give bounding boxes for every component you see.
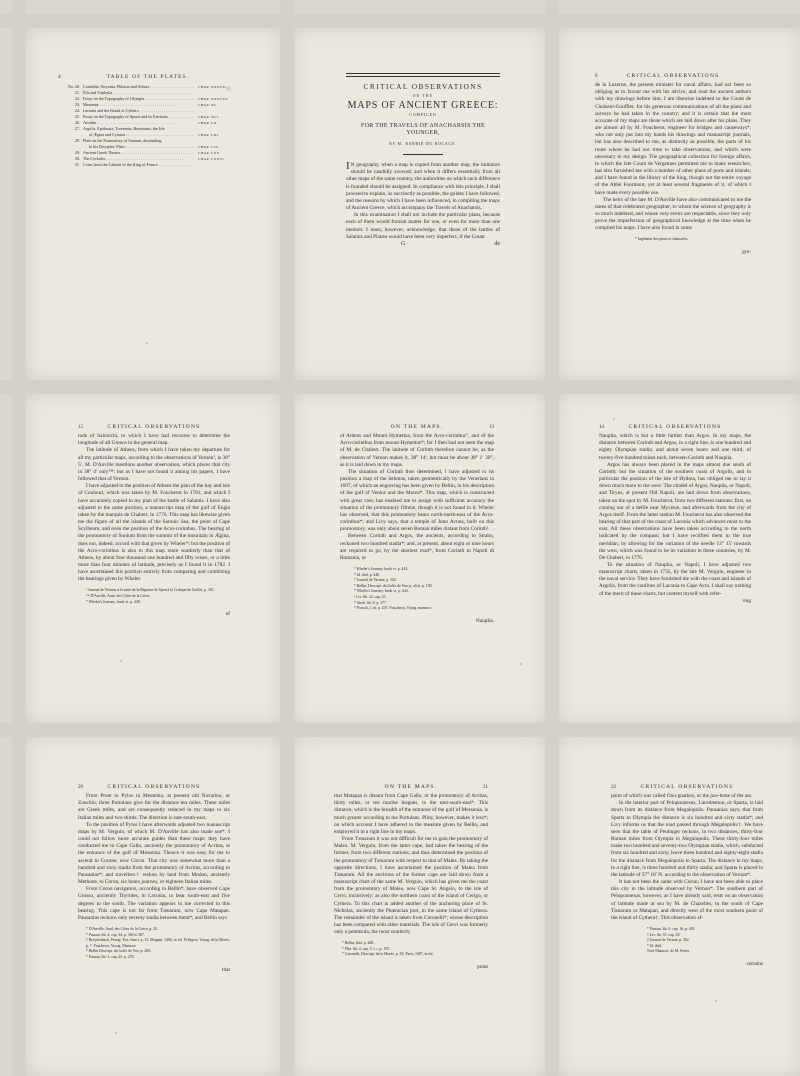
paragraph: The situation of Corinth thus determined… — [340, 469, 494, 533]
catchword: gro- — [595, 249, 751, 256]
drop-cap: I — [346, 162, 350, 171]
gutter-row-2 — [0, 723, 800, 737]
page-22: 22 CRITICAL OBSERVATIONS point of which … — [559, 737, 800, 1076]
page-number: 22 — [611, 784, 619, 791]
paragraph: In this examination I shall not include … — [346, 212, 500, 241]
title-block: CRITICAL OBSERVATIONS ON THE MAPS OF ANC… — [346, 73, 500, 155]
catchword: point — [334, 964, 488, 971]
title-line-1: CRITICAL OBSERVATIONS — [346, 83, 500, 90]
page-heading: ON THE MAPS. — [348, 424, 486, 431]
footnotes: * Pausan. lib. 6. cap. 16. p. 491. † Liv… — [611, 927, 763, 955]
footnotes: ¹ Journal de Vernon, à la suite de la Ré… — [78, 588, 230, 605]
document-page-grid: 4 TABLE OF THE PLATES. No. 20.Corinthia,… — [0, 0, 800, 1076]
running-head: ON THE MAPS. 21 — [334, 784, 488, 791]
running-head: 14 CRITICAL OBSERVATIONS — [599, 424, 751, 431]
catchword: of — [78, 611, 230, 618]
signature-mark: G — [401, 241, 405, 248]
page-13: ON THE MAPS. 13 of Athens and Mount Hyme… — [294, 394, 545, 723]
page-number: 12 — [78, 424, 86, 431]
page-number: 21 — [480, 784, 488, 791]
gutter-left — [12, 0, 26, 1076]
page-number: 13 — [486, 424, 494, 431]
page-12: 12 CRITICAL OBSERVATIONS tude of Salonic… — [26, 394, 280, 723]
page-14: 14 CRITICAL OBSERVATIONS Nauplia, which … — [559, 394, 800, 723]
gutter-top — [0, 14, 800, 28]
page-6: 6 CRITICAL OBSERVATIONS de la Luzerne, t… — [559, 28, 800, 380]
gutter-col-2 — [545, 0, 559, 1076]
paragraph: of Athens and Mount Hymettus, from the A… — [340, 433, 494, 469]
page-heading: CRITICAL OBSERVATIONS — [86, 424, 222, 431]
paragraph: In the interior part of Peloponnesus, La… — [611, 800, 763, 879]
catchword: de — [494, 241, 500, 248]
gutter-col-1 — [280, 0, 294, 1076]
paragraph: tude of Salonichi, to which I have had r… — [78, 433, 230, 447]
catchword: Nauplia, — [340, 618, 494, 625]
title-line-5: FOR THE TRAVELS OF ANACHARSIS THE YOUNGE… — [346, 123, 500, 137]
paragraph: IN geography, when a map is copied from … — [346, 162, 500, 212]
paragraph: From Coron navigators, according to Bell… — [78, 886, 230, 922]
page-heading: CRITICAL OBSERVATIONS — [86, 784, 222, 791]
plate-row: 31.Coins from the Cabinet of the King of… — [58, 162, 234, 168]
paragraph: From Prote to Pylos in Messenia, at pres… — [78, 793, 230, 822]
page-heading: CRITICAL OBSERVATIONS — [603, 73, 743, 80]
paragraph: that Matapan is distant from Cape Gallo,… — [334, 793, 488, 836]
page-heading: TABLE OF THE PLATES. — [62, 74, 234, 81]
title-line-3: MAPS OF ANCIENT GREECE: — [346, 102, 500, 109]
paragraph: Nauplia, which is but a little farther t… — [599, 433, 751, 462]
footnotes: ° Wheler's Journey, book vi. p. 443. * I… — [340, 567, 494, 612]
page-20: 20 CRITICAL OBSERVATIONS From Prote to P… — [26, 737, 280, 1076]
page-heading: CRITICAL OBSERVATIONS — [619, 784, 755, 791]
running-head: 6 CRITICAL OBSERVATIONS — [595, 73, 751, 80]
paragraph: I have adjusted to the position of Athen… — [78, 483, 230, 583]
page-table-of-plates: 4 TABLE OF THE PLATES. No. 20.Corinthia,… — [26, 28, 280, 380]
page-title: CRITICAL OBSERVATIONS ON THE MAPS OF ANC… — [294, 28, 545, 380]
title-line-2: ON THE — [346, 93, 500, 100]
title-line-4: COMPILED — [346, 112, 500, 119]
author-line: BY M. BARBIÉ DU BOCAGE. — [346, 141, 500, 148]
paragraph: To the situation of Nauplia, or Napoli, … — [599, 562, 751, 598]
paragraph: The latitude of Athens, from which I hav… — [78, 447, 230, 483]
paragraph: It has not been the same with Coron; I h… — [611, 879, 763, 922]
footnotes: * D'Anville, Anal. des Côtes de la Grèce… — [78, 927, 230, 961]
paragraph: Argos has always been placed in the maps… — [599, 462, 751, 562]
page-number: 14 — [599, 424, 607, 431]
footnotes: * Ingénieur des ponts et chaussées. — [595, 237, 751, 243]
page-number: 6 — [595, 73, 603, 80]
catchword: that — [78, 967, 230, 974]
plates-list: No. 20.Corinthia, Sicyonia, Phliasia and… — [58, 84, 234, 168]
paragraph: Between Corinth and Argos, the ancients,… — [340, 533, 494, 562]
catchword: ring — [599, 598, 751, 605]
signature-line: G de — [346, 241, 500, 248]
running-head: 22 CRITICAL OBSERVATIONS — [611, 784, 763, 791]
footnotes: * Bellin, ibid. p. 200. * Plin. lib. 4. … — [334, 941, 488, 958]
running-head: 4 TABLE OF THE PLATES. — [58, 74, 234, 81]
short-rule — [403, 154, 443, 155]
page-heading: ON THE MAPS. — [342, 784, 480, 791]
page-heading: CRITICAL OBSERVATIONS — [607, 424, 743, 431]
paragraph: To the position of Pylos I have afterwar… — [78, 822, 230, 886]
running-head: ON THE MAPS. 13 — [340, 424, 494, 431]
running-head: 20 CRITICAL OBSERVATIONS — [78, 784, 230, 791]
running-head: 12 CRITICAL OBSERVATIONS — [78, 424, 230, 431]
gutter-row-1 — [0, 380, 800, 394]
page-21: ON THE MAPS. 21 that Matapan is distant … — [294, 737, 545, 1076]
paragraph: The heirs of the late M. D'Anville have … — [595, 197, 751, 233]
page-number: 20 — [78, 784, 86, 791]
paragraph: de la Luzerne, the present minister for … — [595, 82, 751, 197]
catchword: certains — [611, 961, 763, 968]
title-rule — [346, 73, 500, 77]
paragraph: From Tænarum it was not difficult for me… — [334, 836, 488, 936]
